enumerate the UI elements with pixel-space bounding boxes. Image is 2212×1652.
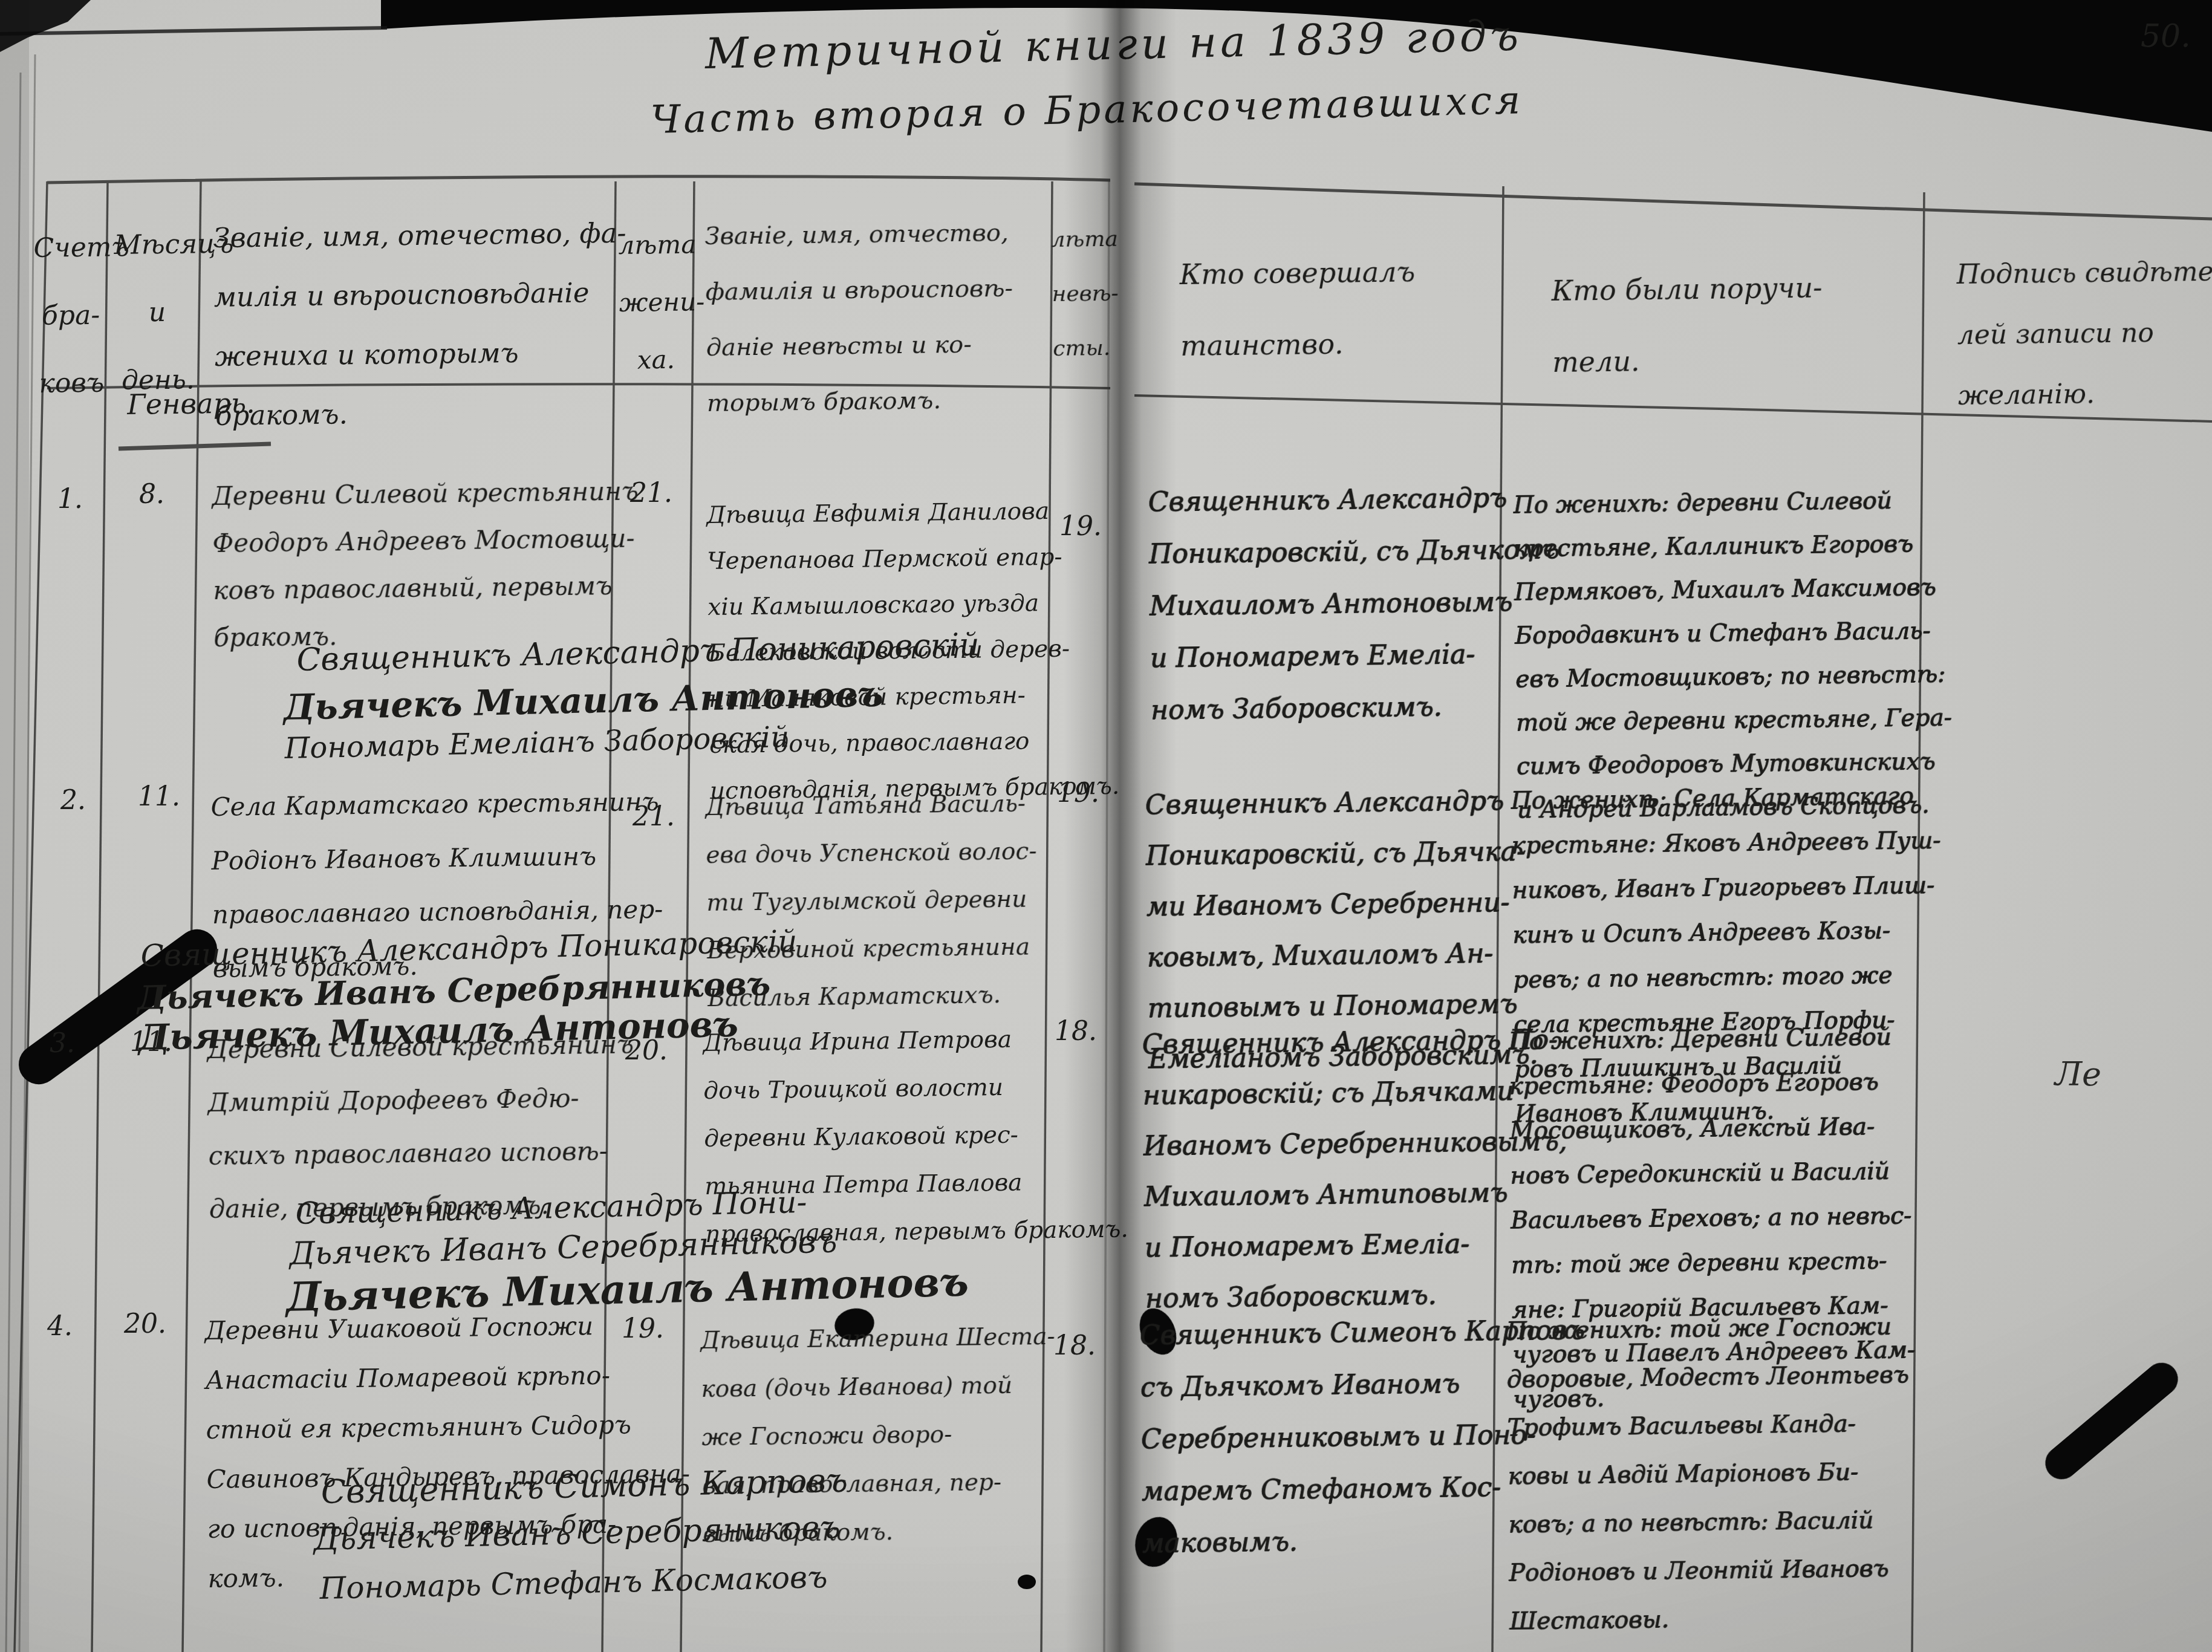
record-4-number: 4. [47,1311,73,1342]
month-label: Генварь. [127,386,255,421]
col-header-officiant: Кто совершалътаинство. [1179,236,1416,382]
record-1-number: 1. [57,484,83,515]
record-3-groom-age: 20. [625,1035,668,1066]
ink-dot [1018,1575,1036,1589]
record-3-day: 11. [130,1027,172,1058]
record-1-bride-age: 19. [1059,511,1102,542]
record-4-groom-age: 19. [622,1313,664,1344]
record-3-bride-age: 18. [1055,1016,1097,1047]
record-1-day: 8. [139,479,164,510]
record-3-number: 3. [50,1028,75,1059]
col-header-groom: Званіе, имя, отечество, фа-милія и вѣрои… [213,204,629,446]
record-4-groom-entry: Деревни Ушаковой ГоспожиАнастасіи Помаре… [204,1300,692,1604]
col-header-bride: Званіе, имя, отчество,фамилія и вѣроиспо… [704,205,1015,431]
record-3-bride-entry: Дѣвица Ирина Петровадочь Троицкой волост… [703,1014,1128,1258]
col-header-count: Счетъбра-ковъ [33,214,108,418]
record-2-bride-age: 19. [1057,778,1099,808]
col-header-witnesses: Кто были поручи-тели. [1551,252,1824,398]
col-header-signature: Подпись свидѣте-лей записи пожеланію. [1956,242,2212,426]
record-4-day: 20. [124,1309,166,1339]
record-3-margin-mark: Ле [2055,1055,2101,1093]
col-header-groom-age: лѣтажени-ха. [618,216,692,389]
record-4-witnesses-entry: По женихѣ: той же Госпожидворовые, Модес… [1506,1302,1912,1646]
col-header-date: Мѣсяцъидень. [114,210,201,415]
record-2-number: 2. [60,785,86,816]
record-1-groom-age: 21. [630,478,672,509]
record-1-officiant-entry: Священникъ АлександръПоникаровскій, съ Д… [1148,472,1561,737]
record-3-officiant-entry: Священникъ Александръ По-никаровскій; съ… [1142,1014,1569,1324]
scanned-register-page: Метричной книги на 1839 годъ Часть втора… [0,0,2212,1652]
record-2-day: 11. [138,781,180,812]
page-number: 50. [2141,18,2191,54]
record-2-groom-age: 21. [633,801,675,832]
col-header-bride-age: лѣтаневѣ-сты. [1051,212,1111,376]
record-1-groom-entry: Деревни Силевой крестьянинъФеодоръ Андре… [212,467,640,662]
record-4-bride-age: 18. [1053,1330,1096,1361]
